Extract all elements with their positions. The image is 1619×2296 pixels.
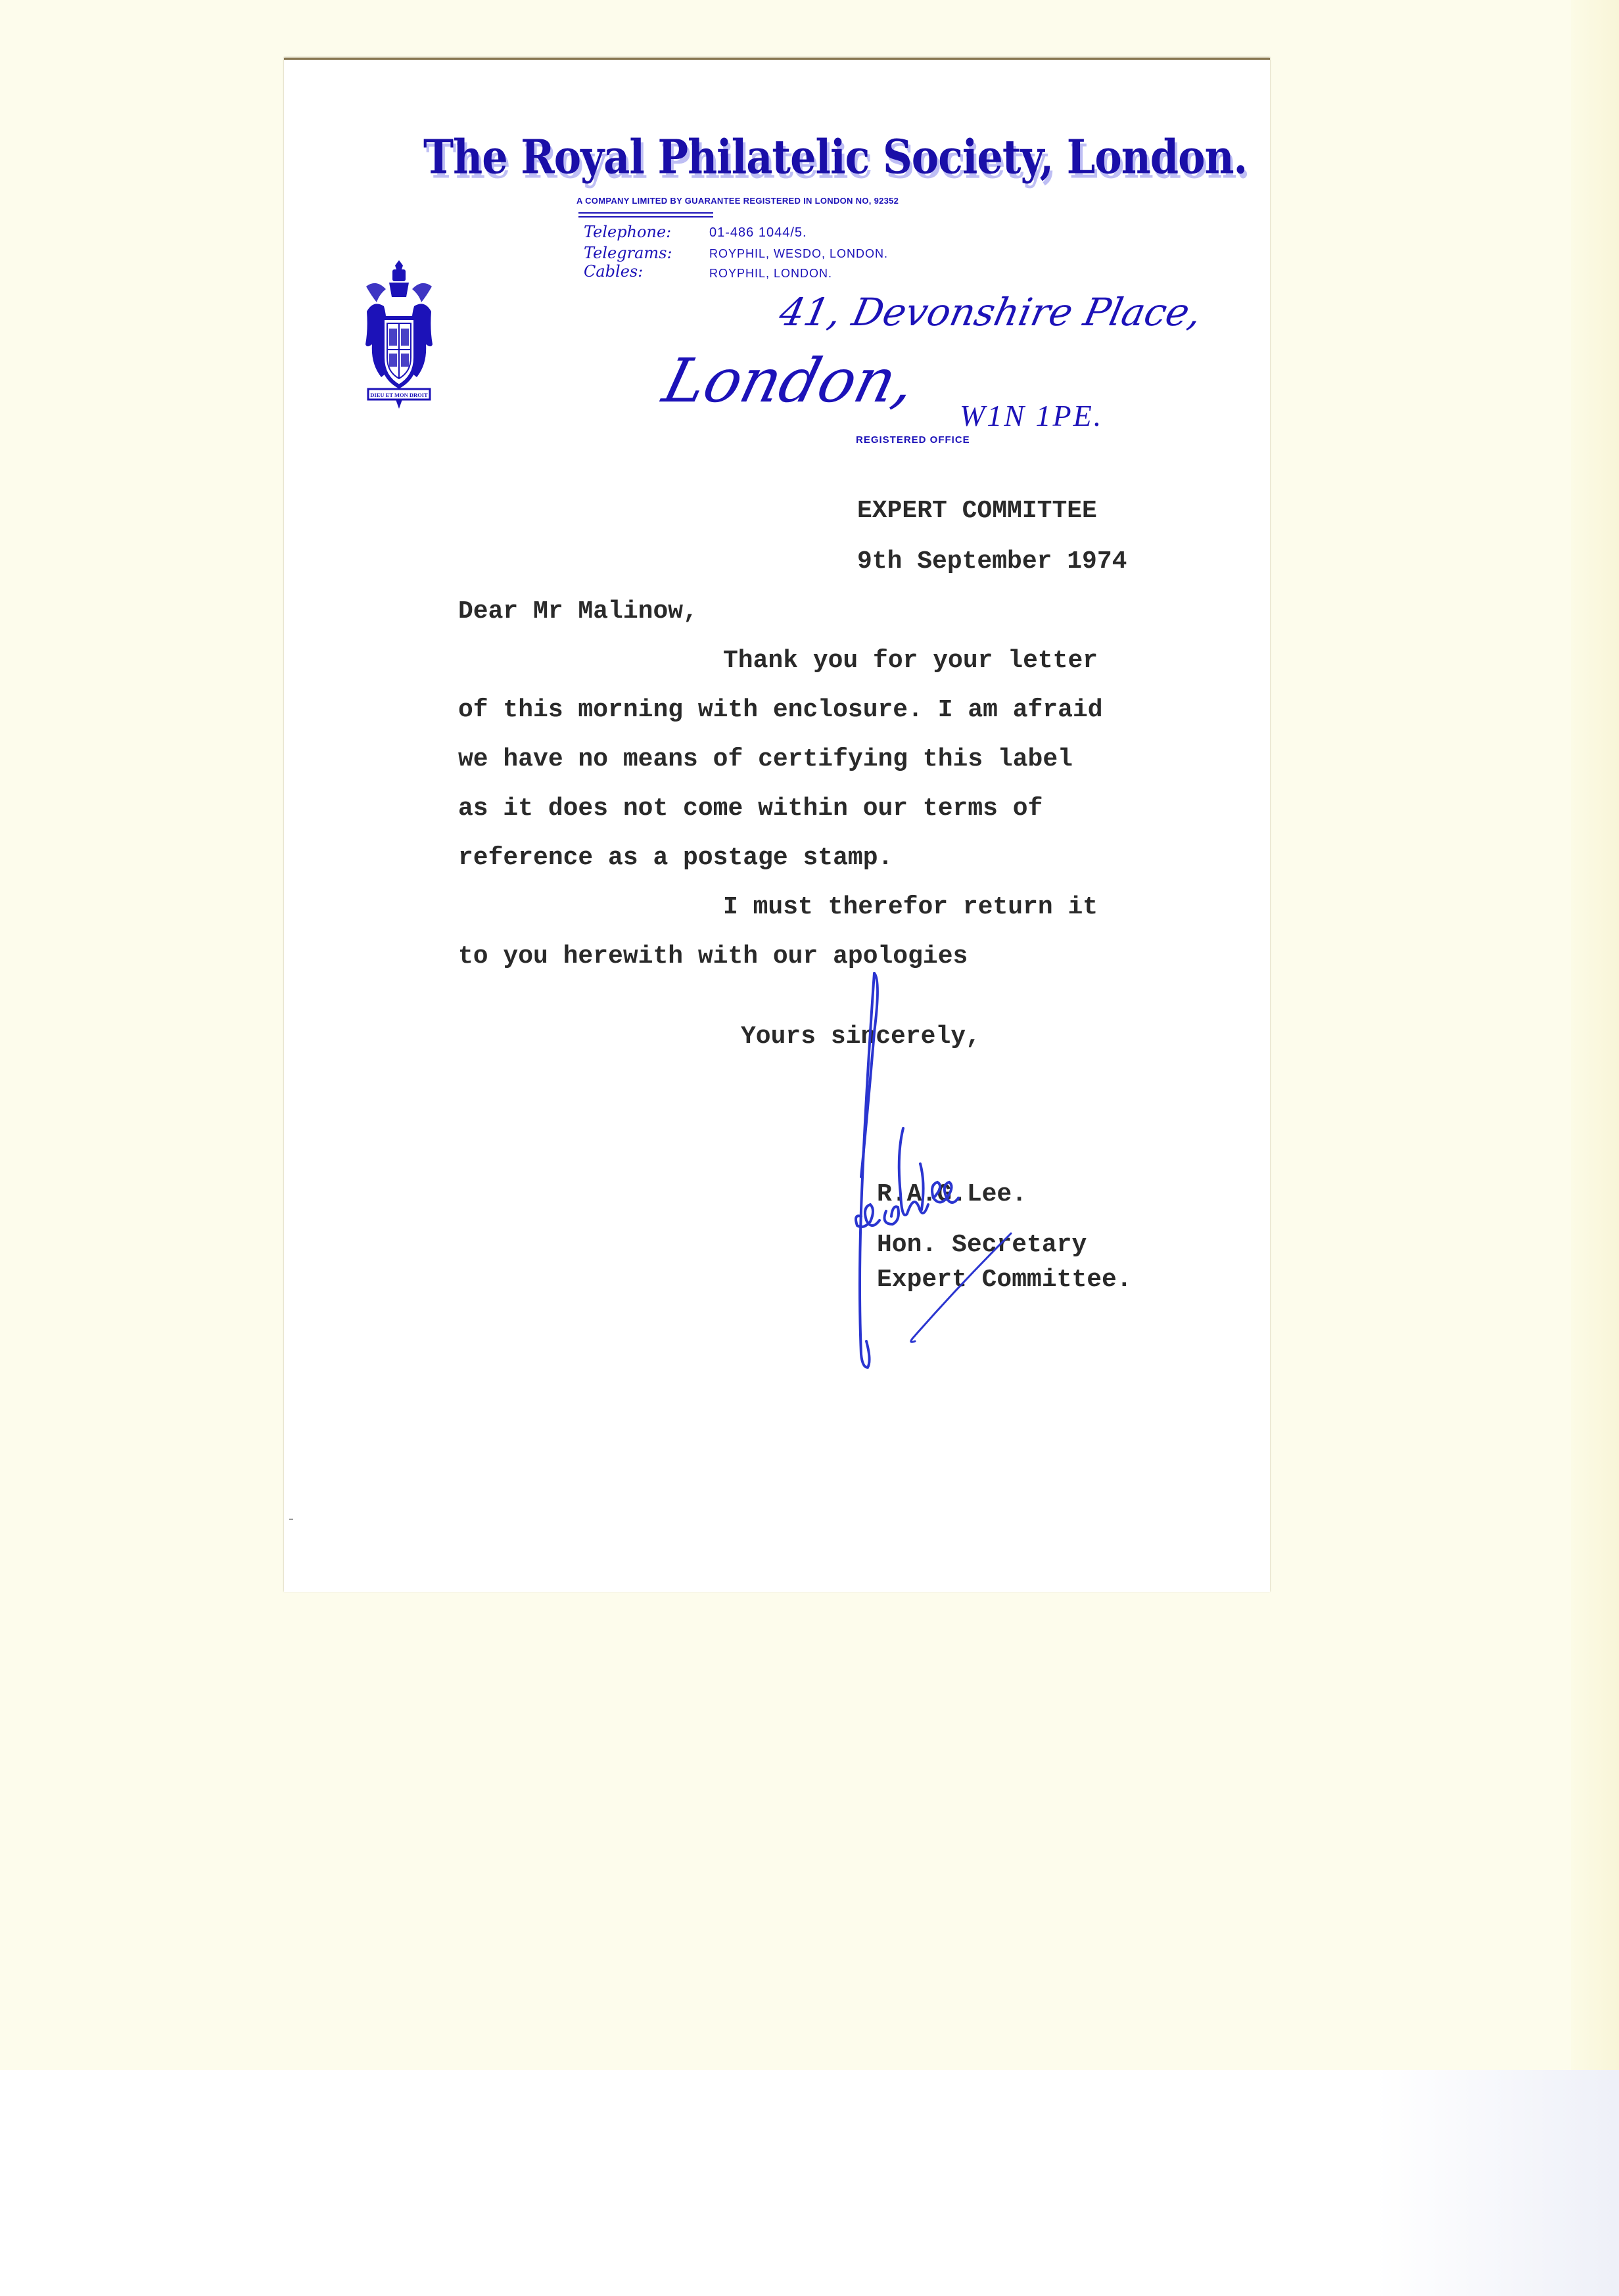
department-heading: EXPERT COMMITTEE (857, 497, 1097, 525)
handwritten-signature-icon (843, 967, 1079, 1394)
double-rule-bottom (578, 216, 713, 218)
royal-coat-of-arms-icon: DIEU ET MON DROIT (363, 260, 435, 411)
letter-page: The Royal Philatelic Society, London. A … (284, 58, 1270, 1592)
body-line: reference as a postage stamp. (458, 844, 893, 872)
body-line: of this morning with enclosure. I am afr… (458, 696, 1103, 724)
telegrams-label: Telegrams: (584, 244, 672, 262)
double-rule-top (578, 212, 713, 214)
body-line: I must therefor return it (723, 893, 1098, 921)
city: London, (657, 346, 923, 416)
registered-office-label: REGISTERED OFFICE (856, 434, 970, 446)
letter-date: 9th September 1974 (857, 547, 1127, 576)
organization-title: The Royal Philatelic Society, London. (423, 129, 1247, 185)
scan-bottom-margin (0, 2070, 1619, 2296)
cables-label: Cables: (584, 262, 643, 281)
telephone-value: 01-486 1044/5. (709, 225, 807, 241)
salutation: Dear Mr Malinow, (458, 597, 698, 626)
telegrams-value: ROYPHIL, WESDO, LONDON. (709, 247, 888, 261)
body-line: we have no means of certifying this labe… (458, 745, 1073, 773)
company-registration-line: A COMPANY LIMITED BY GUARANTEE REGISTERE… (576, 196, 899, 206)
backing-edge (1571, 0, 1619, 2070)
scan-mark (289, 1519, 293, 1520)
body-line: as it does not come within our terms of (458, 794, 1043, 823)
body-line: Thank you for your letter (723, 647, 1098, 675)
cables-value: ROYPHIL, LONDON. (709, 267, 832, 281)
crest-motto: DIEU ET MON DROIT (370, 392, 428, 398)
telephone-label: Telephone: (584, 223, 671, 241)
street-address: 41, Devonshire Place, (776, 290, 1206, 334)
postcode: W1N 1PE. (960, 398, 1103, 433)
